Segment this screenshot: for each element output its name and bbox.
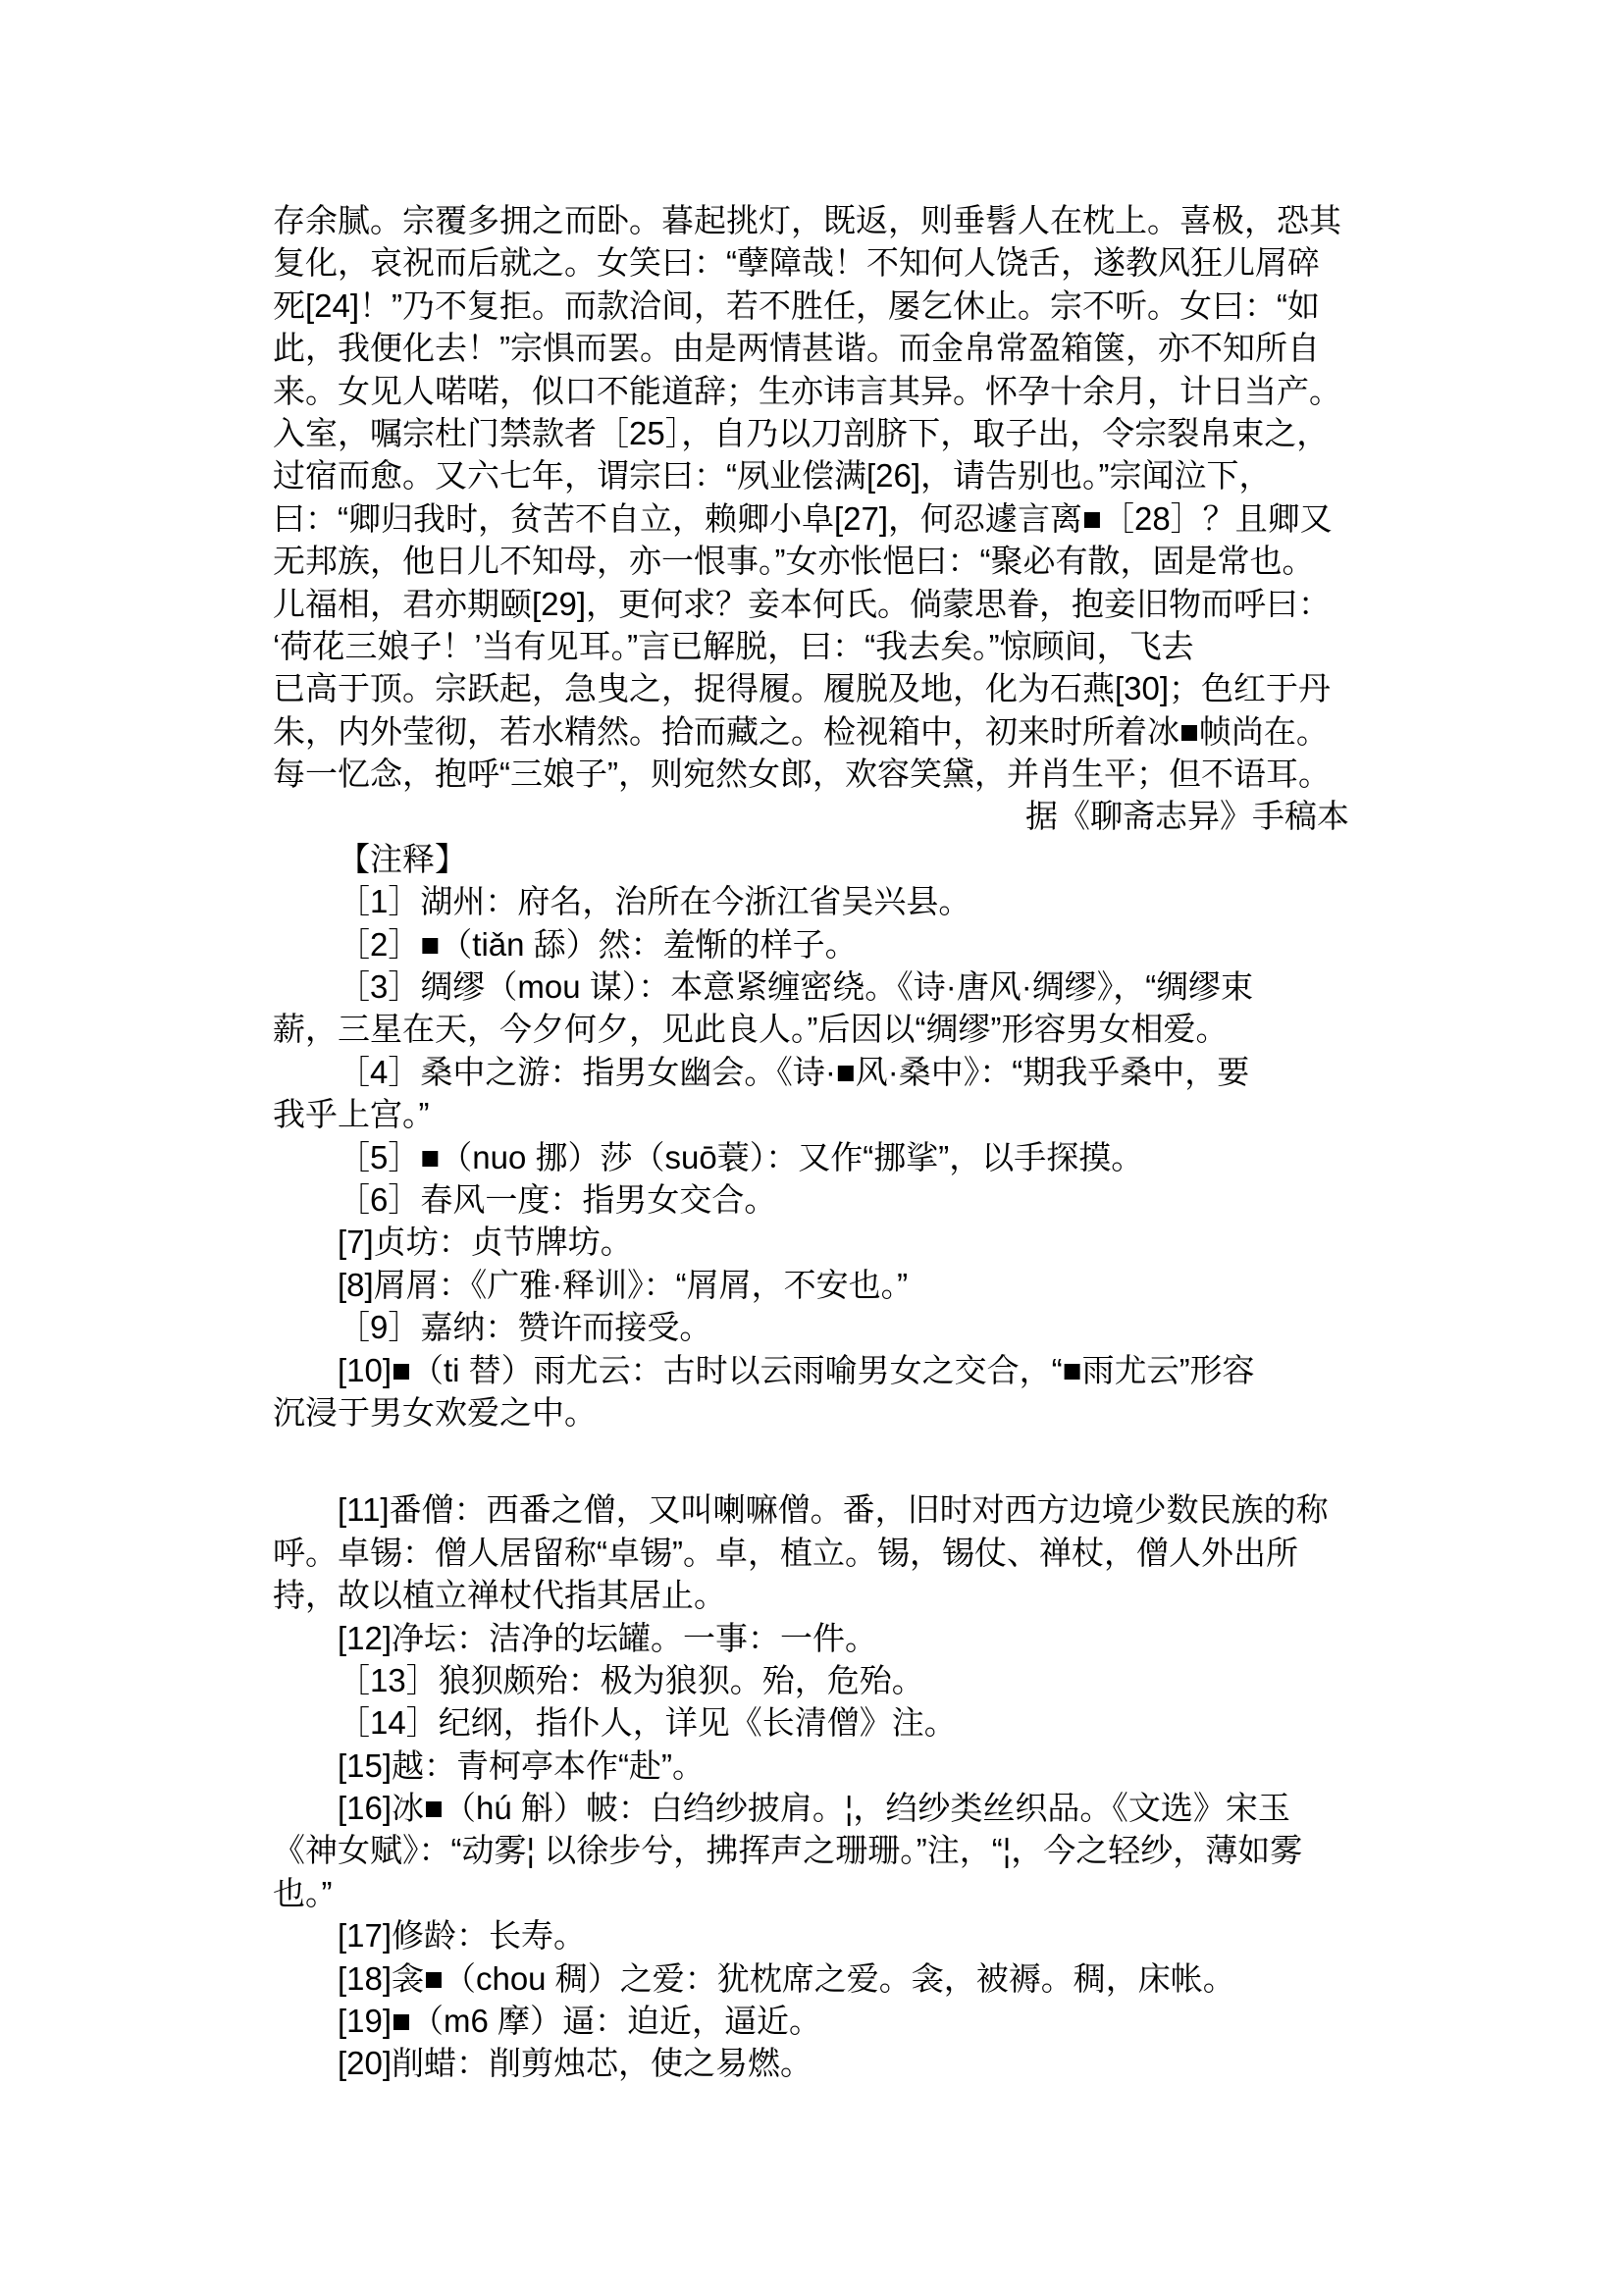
document-page: 存余腻。宗覆多拥之而卧。暮起挑灯，既返，则垂髫人在枕上。喜极，恐其复化，哀祝而后… (0, 0, 1624, 2294)
story-text-line: 入室，嘱宗杜门禁款者［25］，自乃以刀剖脐下，取子出，令宗裂帛束之， (273, 412, 1349, 454)
note-text-line: [11]番僧：西番之僧，又叫喇嘛僧。番，旧时对西方边境少数民族的称 (273, 1488, 1349, 1531)
note-text-line: ［14］纪纲，指仆人，详见《长清僧》注。 (273, 1701, 1349, 1744)
note-text-line: ［4］桑中之游：指男女幽会。《诗·■风·桑中》：“期我乎桑中，要 (273, 1051, 1349, 1093)
note-text-line: ［13］狼狈颇殆：极为狼狈。殆，危殆。 (273, 1659, 1349, 1701)
note-text-line: [15]越：青柯亭本作“赴”。 (273, 1745, 1349, 1787)
note-text-line: [16]冰■（hú 斛）帔：白绉纱披肩。¦，绉纱类丝织品。《文选》宋玉 (273, 1787, 1349, 1829)
story-text-line: 已高于顶。宗跃起，急曳之，捉得履。履脱及地，化为石燕[30]；色红于丹 (273, 667, 1349, 709)
story-text-line: 来。女见人喏喏，似口不能道辞；生亦讳言其异。怀孕十余月，计日当产。 (273, 370, 1349, 412)
blank-spacer (273, 1434, 1349, 1488)
note-text-line: [10]■（ti 替）雨尤云：古时以云雨喻男女之交合，“■雨尤云”形容 (273, 1349, 1349, 1391)
story-text-line: 复化，哀祝而后就之。女笑曰：“孽障哉！不知何人饶舌，遂教风狂儿屑碎 (273, 241, 1349, 284)
story-text-line: 死[24]！”乃不复拒。而款洽间，若不胜任，屡乞休止。宗不听。女曰：“如 (273, 285, 1349, 327)
note-text-line: [19]■（m6 摩）逼：迫近，逼近。 (273, 2000, 1349, 2042)
story-text-line: 无邦族，他日儿不知母，亦一恨事。”女亦怅悒曰：“聚必有散，固是常也。 (273, 540, 1349, 582)
note-text-line: [8]屑屑：《广雅·释训》：“屑屑，不安也。” (273, 1264, 1349, 1306)
note-text-line: ［2］■（tiǎn 舔）然：羞惭的样子。 (273, 923, 1349, 965)
note-text-line: 也。” (273, 1872, 1349, 1914)
note-text-line: ［9］嘉纳：赞许而接受。 (273, 1306, 1349, 1348)
notes-block: ［1］湖州：府名，治所在今浙江省吴兴县。［2］■（tiǎn 舔）然：羞惭的样子。… (273, 880, 1349, 2085)
note-text-line: [17]修龄：长寿。 (273, 1914, 1349, 1956)
attribution-line: 据《聊斋志异》手稿本 (273, 795, 1349, 837)
note-text-line: 《神女赋》：“动雾¦ 以徐步兮，拂挥声之珊珊。”注，“¦，今之轻纱，薄如雾 (273, 1829, 1349, 1871)
note-text-line: ［6］春风一度：指男女交合。 (273, 1178, 1349, 1221)
note-text-line: ［5］■（nuo 挪）莎（suō蓑）：又作“挪挲”，以手探摸。 (273, 1136, 1349, 1178)
story-text-line: 每一忆念，抱呼“三娘子”，则宛然女郎，欢容笑黛，并肖生平；但不语耳。 (273, 753, 1349, 795)
note-text-line: [18]衾■（chou 稠）之爱：犹枕席之爱。衾，被褥。稠，床帐。 (273, 1957, 1349, 2000)
story-text-line: 儿福相，君亦期颐[29]，更何求？妾本何氏。倘蒙思眷，抱妾旧物而呼曰： (273, 583, 1349, 625)
note-text-line: 沉浸于男女欢爱之中。 (273, 1391, 1349, 1434)
note-text-line: [20]削蜡：削剪烛芯，使之易燃。 (273, 2042, 1349, 2084)
note-text-line: ［1］湖州：府名，治所在今浙江省吴兴县。 (273, 880, 1349, 922)
story-text-line: 存余腻。宗覆多拥之而卧。暮起挑灯，既返，则垂髫人在枕上。喜极，恐其 (273, 199, 1349, 241)
note-text-line: 持，故以植立禅杖代指其居止。 (273, 1574, 1349, 1616)
note-text-line: 薪，三星在天，今夕何夕，见此良人。”后因以“绸缪”形容男女相爱。 (273, 1008, 1349, 1050)
story-text-line: 朱，内外莹彻，若水精然。拾而藏之。检视箱中，初来时所着冰■帧尚在。 (273, 710, 1349, 753)
story-text-line: 此，我便化去！”宗惧而罢。由是两情甚谐。而金帛常盈箱箧，亦不知所自 (273, 327, 1349, 369)
note-text-line: ［3］绸缪（mou 谋）：本意紧缠密绕。《诗·唐风·绸缪》，“绸缪束 (273, 965, 1349, 1008)
note-text-line: [12]净坛：洁净的坛罐。一事：一件。 (273, 1617, 1349, 1659)
note-text-line: 呼。卓锡：僧人居留称“卓锡”。卓，植立。锡，锡仗、禅杖，僧人外出所 (273, 1532, 1349, 1574)
note-text-line: 我乎上宫。” (273, 1093, 1349, 1135)
story-text-block: 存余腻。宗覆多拥之而卧。暮起挑灯，既返，则垂髫人在枕上。喜极，恐其复化，哀祝而后… (273, 199, 1349, 795)
notes-heading: 【注释】 (273, 838, 1349, 880)
story-text-line: ‘荷花三娘子！’当有见耳。”言已解脱，曰：“我去矣。”惊顾间，飞去 (273, 625, 1349, 667)
story-text-line: 曰：“卿归我时，贫苦不自立，赖卿小阜[27]，何忍遽言离■［28］？且卿又 (273, 497, 1349, 540)
note-text-line: [7]贞坊：贞节牌坊。 (273, 1221, 1349, 1263)
story-text-line: 过宿而愈。又六七年，谓宗曰：“夙业偿满[26]，请告别也。”宗闻泣下， (273, 454, 1349, 496)
